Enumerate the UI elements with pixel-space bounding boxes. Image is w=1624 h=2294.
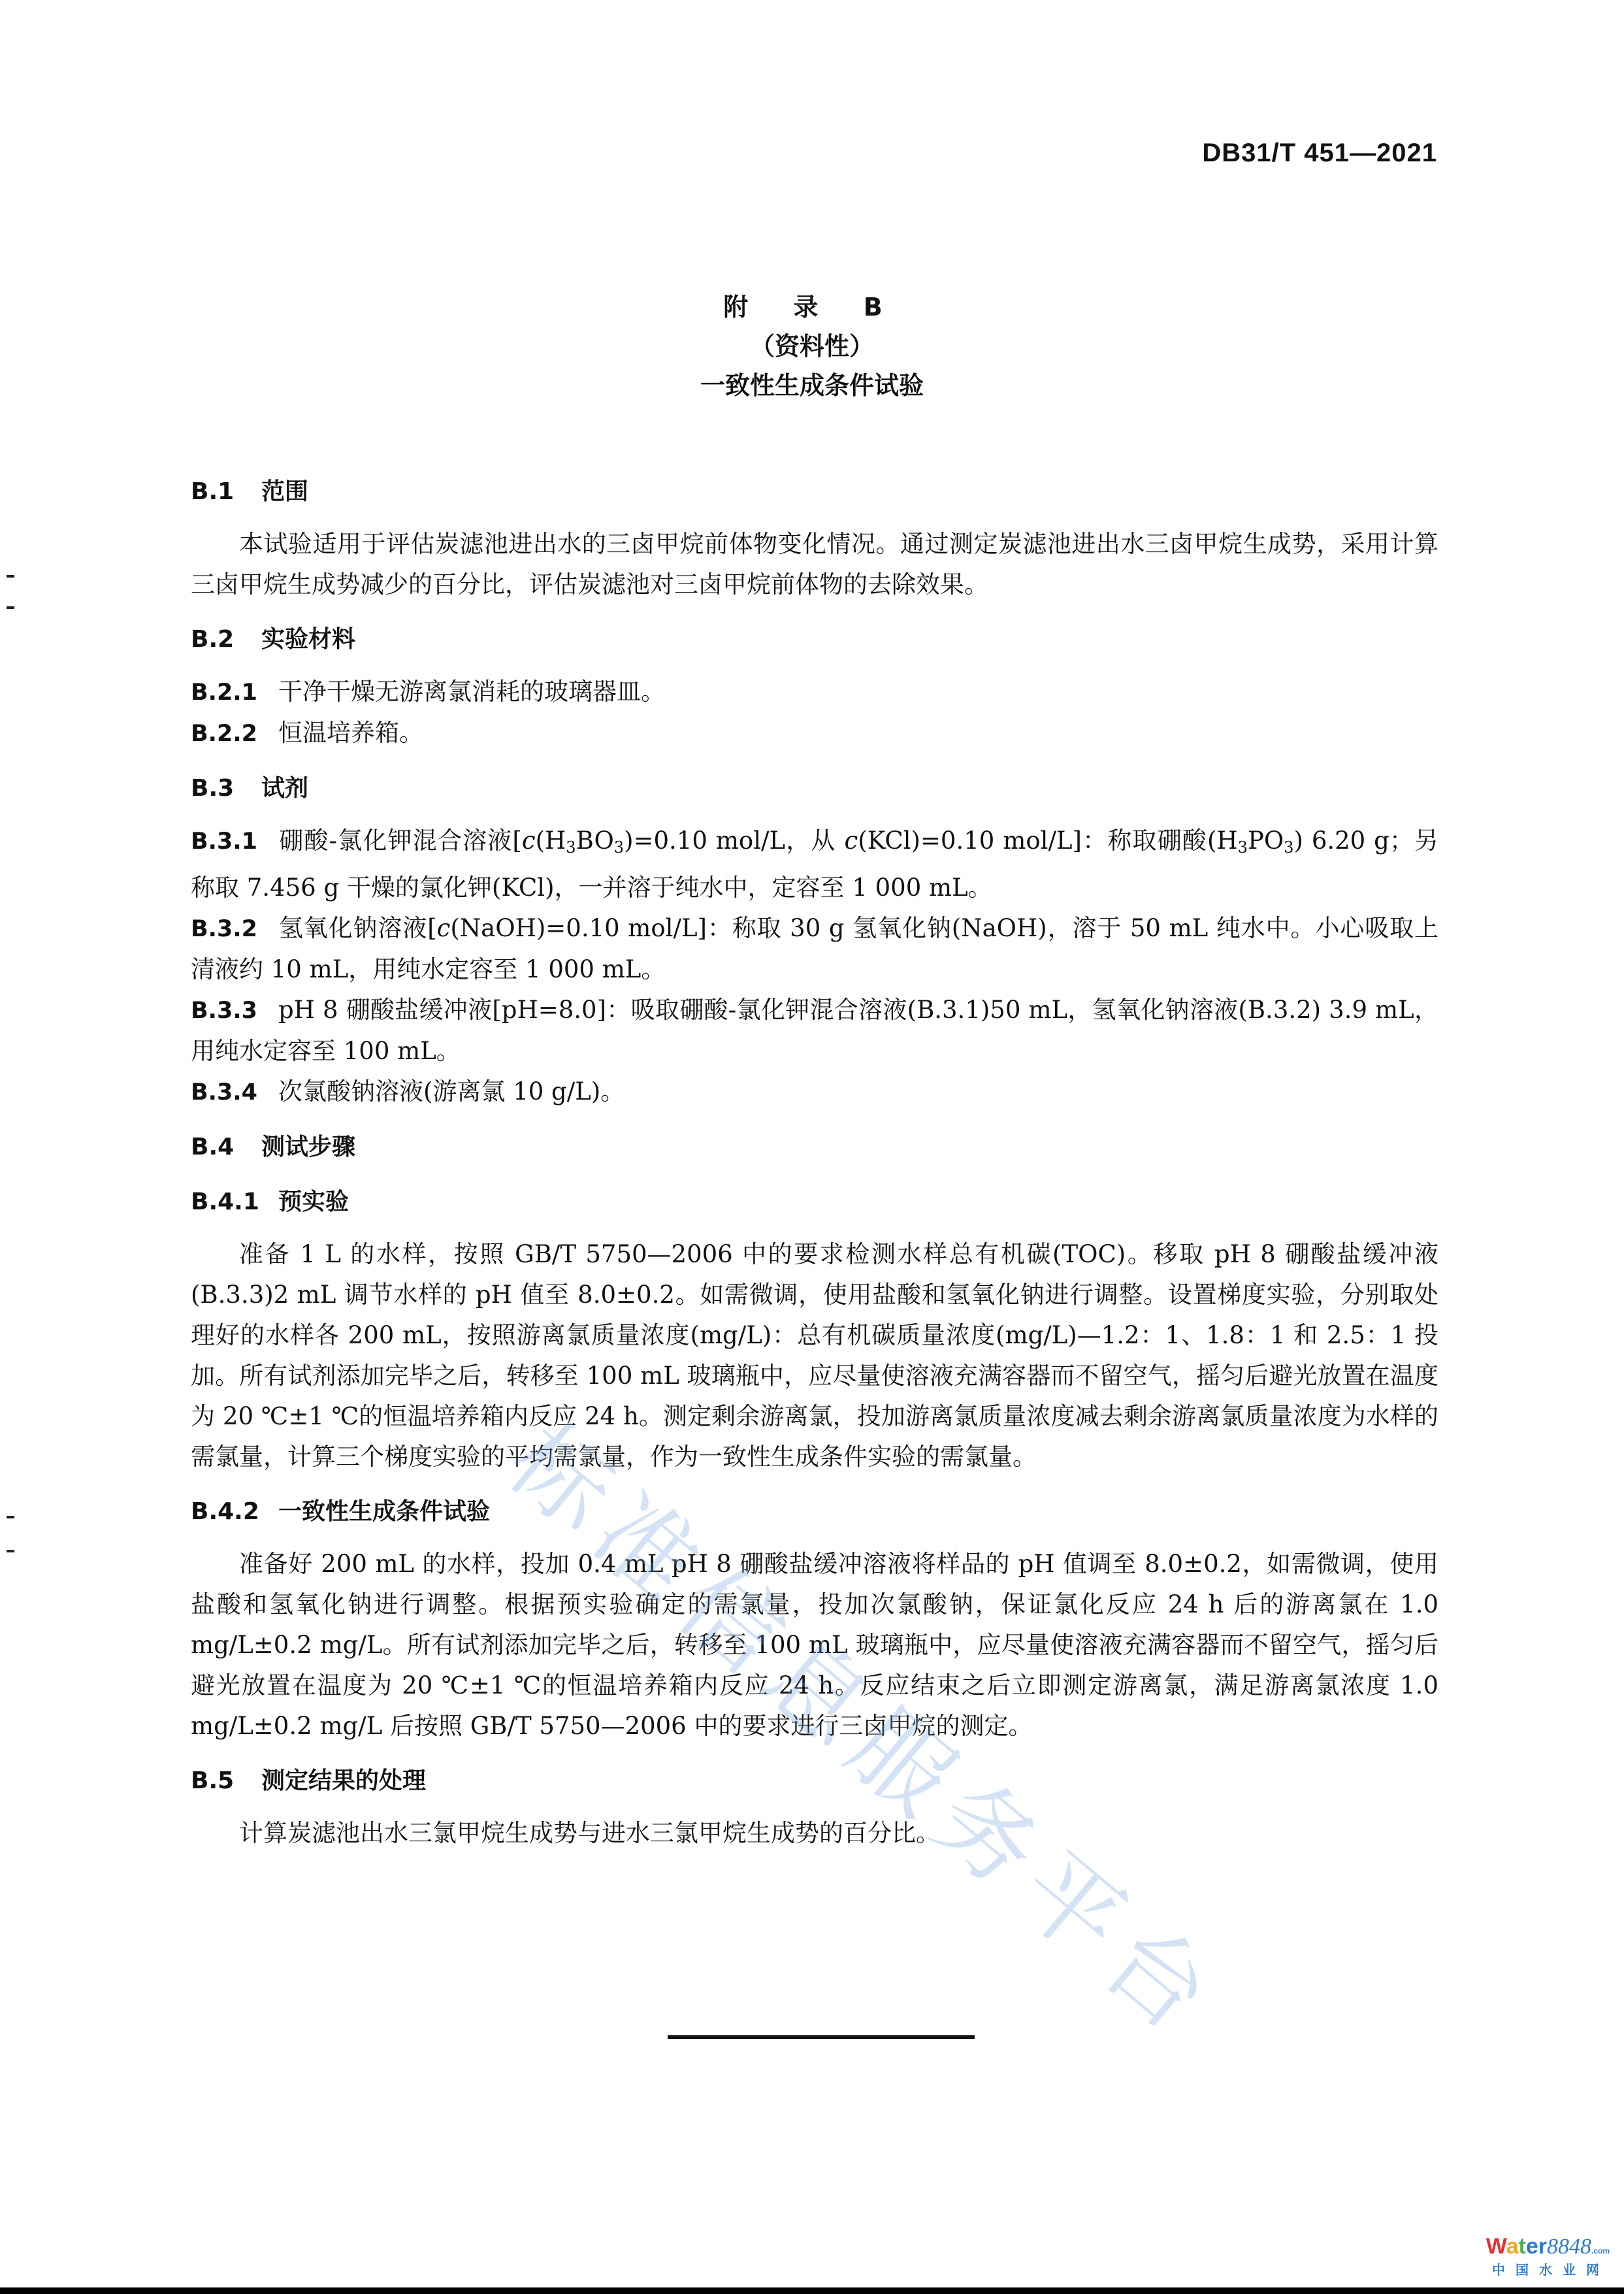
- subsection-title: 一致性生成条件试验: [278, 1498, 490, 1525]
- clause-text: PO: [1248, 827, 1284, 855]
- document-body: B.1范围 本试验适用于评估炭滤池进出水的三卤甲烷前体物变化情况。通过测定炭滤池…: [191, 457, 1438, 1854]
- section-heading-b5: B.5测定结果的处理: [191, 1761, 1438, 1801]
- clause-number: B.3.1: [191, 821, 278, 862]
- logo-domain: .com: [1591, 2246, 1610, 2255]
- section-heading-b1: B.1范围: [191, 472, 1438, 512]
- concentration-symbol: c: [437, 914, 451, 942]
- logo-brand: Water8848.com: [1486, 2234, 1610, 2259]
- clause-item: B.3.3pH 8 硼酸盐缓冲液[pH=8.0]：吸取硼酸-氯化钾混合溶液(B.…: [191, 990, 1438, 1072]
- subsection-number: B.4.2: [191, 1492, 278, 1532]
- subsection-heading-b41: B.4.1预实验: [191, 1182, 1438, 1222]
- standard-code: DB31/T 451—2021: [1202, 139, 1437, 168]
- subscript: 3: [614, 838, 624, 857]
- section-number: B.3: [191, 768, 261, 809]
- annex-label: 附 录 B: [0, 287, 1624, 327]
- section-heading-b4: B.4测试步骤: [191, 1127, 1438, 1168]
- section-heading-b2: B.2实验材料: [191, 619, 1438, 660]
- clause-text: 恒温培养箱。: [278, 719, 423, 747]
- section-paragraph: 本试验适用于评估炭滤池进出水的三卤甲烷前体物变化情况。通过测定炭滤池进出水三卤甲…: [191, 524, 1438, 605]
- annex-nature: （资料性）: [0, 327, 1624, 366]
- section-number: B.5: [191, 1761, 261, 1801]
- annex-name: 一致性生成条件试验: [0, 366, 1624, 405]
- section-title: 测试步骤: [261, 1134, 355, 1160]
- concentration-symbol: c: [522, 827, 536, 855]
- clause-text: (H: [536, 827, 566, 855]
- clause-item: B.2.2恒温培养箱。: [191, 713, 1438, 754]
- site-logo: Water8848.com 中国水业网: [1486, 2234, 1610, 2278]
- subsection-paragraph: 准备好 200 mL 的水样，投加 0.4 mL pH 8 硼酸盐缓冲溶液将样品…: [191, 1544, 1438, 1746]
- logo-number: 8848: [1547, 2235, 1591, 2259]
- annex-title-block: 附 录 B （资料性） 一致性生成条件试验: [0, 287, 1624, 405]
- section-number: B.2: [191, 619, 261, 660]
- clause-item: B.3.4次氯酸钠溶液(游离氯 10 g/L)。: [191, 1072, 1438, 1113]
- scan-artifact: [7, 575, 14, 578]
- section-title: 范围: [261, 478, 308, 505]
- section-number: B.1: [191, 472, 261, 512]
- scan-bottom-edge: [0, 2287, 1624, 2294]
- concentration-symbol: c: [845, 827, 858, 855]
- clause-text: 干净干燥无游离氯消耗的玻璃器皿。: [278, 678, 665, 706]
- scan-artifact: [7, 606, 14, 609]
- clause-number: B.2.1: [191, 672, 278, 713]
- clause-number: B.3.4: [191, 1072, 278, 1113]
- section-number: B.4: [191, 1127, 261, 1168]
- subsection-paragraph: 准备 1 L 的水样，按照 GB/T 5750—2006 中的要求检测水样总有机…: [191, 1234, 1438, 1477]
- logo-letter: er: [1526, 2234, 1547, 2259]
- clause-number: B.2.2: [191, 713, 278, 754]
- clause-text: 硼酸-氯化钾混合溶液[: [278, 827, 522, 855]
- section-title: 实验材料: [261, 626, 355, 653]
- section-title: 测定结果的处理: [261, 1767, 426, 1794]
- clause-text: 氢氧化钠溶液[: [278, 914, 437, 942]
- section-heading-b3: B.3试剂: [191, 768, 1438, 809]
- clause-item: B.2.1干净干燥无游离氯消耗的玻璃器皿。: [191, 672, 1438, 713]
- logo-chinese-name: 中国水业网: [1486, 2259, 1610, 2278]
- document-page: DB31/T 451—2021 附 录 B （资料性） 一致性生成条件试验 B.…: [0, 0, 1624, 2294]
- clause-item: B.3.2氢氧化钠溶液[c(NaOH)=0.10 mol/L]：称取 30 g …: [191, 908, 1438, 990]
- logo-letter: t: [1519, 2234, 1526, 2259]
- scan-artifact: [7, 1516, 14, 1518]
- clause-text: 次氯酸钠溶液(游离氯 10 g/L)。: [278, 1077, 625, 1106]
- clause-number: B.3.3: [191, 991, 278, 1031]
- section-paragraph: 计算炭滤池出水三氯甲烷生成势与进水三氯甲烷生成势的百分比。: [191, 1813, 1438, 1854]
- end-of-document-rule: [668, 2035, 975, 2039]
- subsection-number: B.4.1: [191, 1182, 278, 1222]
- subsection-title: 预实验: [278, 1188, 349, 1215]
- clause-item: B.3.1硼酸-氯化钾混合溶液[c(H3BO3)=0.10 mol/L，从 c(…: [191, 821, 1438, 908]
- subscript: 3: [566, 838, 576, 857]
- subscript: 3: [1284, 838, 1293, 857]
- scan-artifact: [7, 1550, 14, 1552]
- logo-letter: a: [1506, 2234, 1519, 2259]
- section-title: 试剂: [261, 775, 308, 802]
- subscript: 3: [1238, 838, 1248, 857]
- clause-text: )=0.10 mol/L，从: [624, 827, 844, 855]
- clause-number: B.3.2: [191, 909, 278, 949]
- clause-text: pH 8 硼酸盐缓冲液[pH=8.0]：吸取硼酸-氯化钾混合溶液(B.3.1)5…: [191, 996, 1438, 1065]
- clause-text: BO: [576, 827, 614, 855]
- subsection-heading-b42: B.4.2一致性生成条件试验: [191, 1492, 1438, 1532]
- clause-text: (KCl)=0.10 mol/L]：称取硼酸(H: [858, 827, 1237, 855]
- logo-letter: W: [1486, 2234, 1506, 2259]
